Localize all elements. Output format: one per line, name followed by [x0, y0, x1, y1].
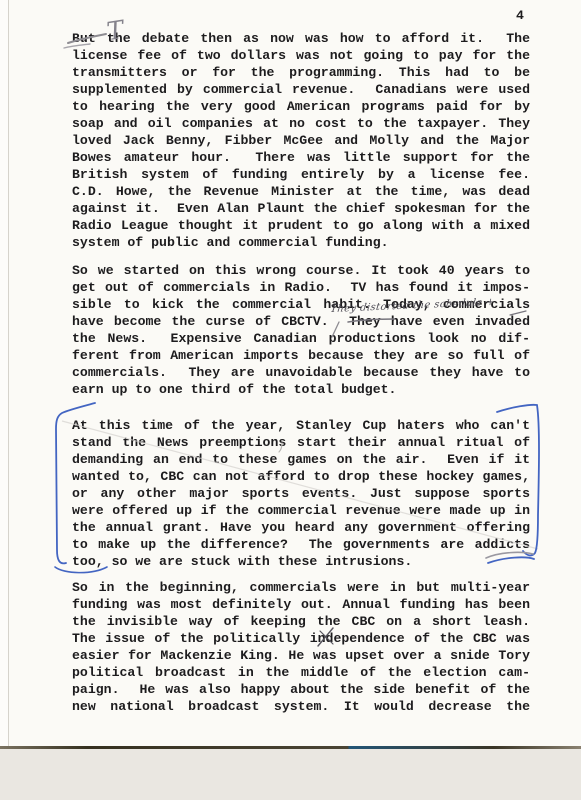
- typed-line: easier for Mackenzie King. He was upset …: [72, 647, 530, 664]
- typed-line: license fee of two dollars was not going…: [72, 47, 530, 64]
- typed-line: commercials. They are unavoidable becaus…: [72, 364, 530, 381]
- typed-line: loved Jack Benny, Fibber McGee and Molly…: [72, 132, 530, 149]
- typed-line: have become the curse of CBCTV. They hav…: [72, 313, 530, 330]
- typed-line: stand the News preemptions start their a…: [72, 434, 530, 451]
- page-bottom-edge: [0, 746, 581, 749]
- typed-line: earn up to one third of the total budget…: [72, 381, 530, 398]
- typed-line: ferent from American imports because the…: [72, 347, 530, 364]
- page-left-margin-strip: [0, 0, 8, 747]
- typed-line: to make up the difference? The governmen…: [72, 536, 530, 553]
- typed-line: At this time of the year, Stanley Cup ha…: [72, 417, 530, 434]
- typed-line: Radio League thought it prudent to go al…: [72, 217, 530, 234]
- typed-line: soap and oil companies at no cost to the…: [72, 115, 530, 132]
- typed-line: demanding an end to these games on the a…: [72, 451, 530, 468]
- typed-line: So we started on this wrong course. It t…: [72, 262, 530, 279]
- typed-line: the News. Expensive Canadian productions…: [72, 330, 530, 347]
- typed-line: against it. Even Alan Plaunt the chief s…: [72, 200, 530, 217]
- paragraph-4: So in the beginning, commercials were in…: [72, 579, 530, 715]
- typed-line: But the debate then as now was how to af…: [72, 30, 530, 47]
- typed-line: or any other major sports events. Just s…: [72, 485, 530, 502]
- typed-line: to hearing the very good American progra…: [72, 98, 530, 115]
- page-number: 4: [516, 8, 524, 23]
- typed-line: funding was most definitely out. Annual …: [72, 596, 530, 613]
- typed-line: transmitters or for the programming. Thi…: [72, 64, 530, 81]
- typed-line: system of public and commercial funding.: [72, 234, 530, 251]
- typed-line: C.D. Howe, the Revenue Minister at the t…: [72, 183, 530, 200]
- typed-line: the annual grant. Have you heard any gov…: [72, 519, 530, 536]
- typed-line: get out of commercials in Radio. TV has …: [72, 279, 530, 296]
- typed-line: wanted to, CBC can not afford to drop th…: [72, 468, 530, 485]
- typed-line: So in the beginning, commercials were in…: [72, 579, 530, 596]
- typed-line: were offered up if the commercial revenu…: [72, 502, 530, 519]
- typed-line: Bowes amateur hour. There was little sup…: [72, 149, 530, 166]
- typed-line: too, so we are stuck with these intrusio…: [72, 553, 530, 570]
- typed-line: paign. He was also happy about the side …: [72, 681, 530, 698]
- typed-line: new national broadcast system. It would …: [72, 698, 530, 715]
- typed-line: the invisible way of keeping the CBC on …: [72, 613, 530, 630]
- handwritten-capital-t: T: [105, 15, 126, 46]
- typed-line: supplemented by commercial revenue. Cana…: [72, 81, 530, 98]
- typed-line: political broadcast in the middle of the…: [72, 664, 530, 681]
- paragraph-1: But the debate then as now was how to af…: [72, 30, 530, 251]
- typed-line: British system of funding entirely by a …: [72, 166, 530, 183]
- document-page: 4 But the debate then as now was how to …: [0, 0, 581, 747]
- paragraph-3-bracketed: At this time of the year, Stanley Cup ha…: [72, 417, 530, 570]
- paragraph-2: So we started on this wrong course. It t…: [72, 262, 530, 398]
- typed-line: The issue of the politically independenc…: [72, 630, 530, 647]
- page-left-edge: [8, 0, 9, 747]
